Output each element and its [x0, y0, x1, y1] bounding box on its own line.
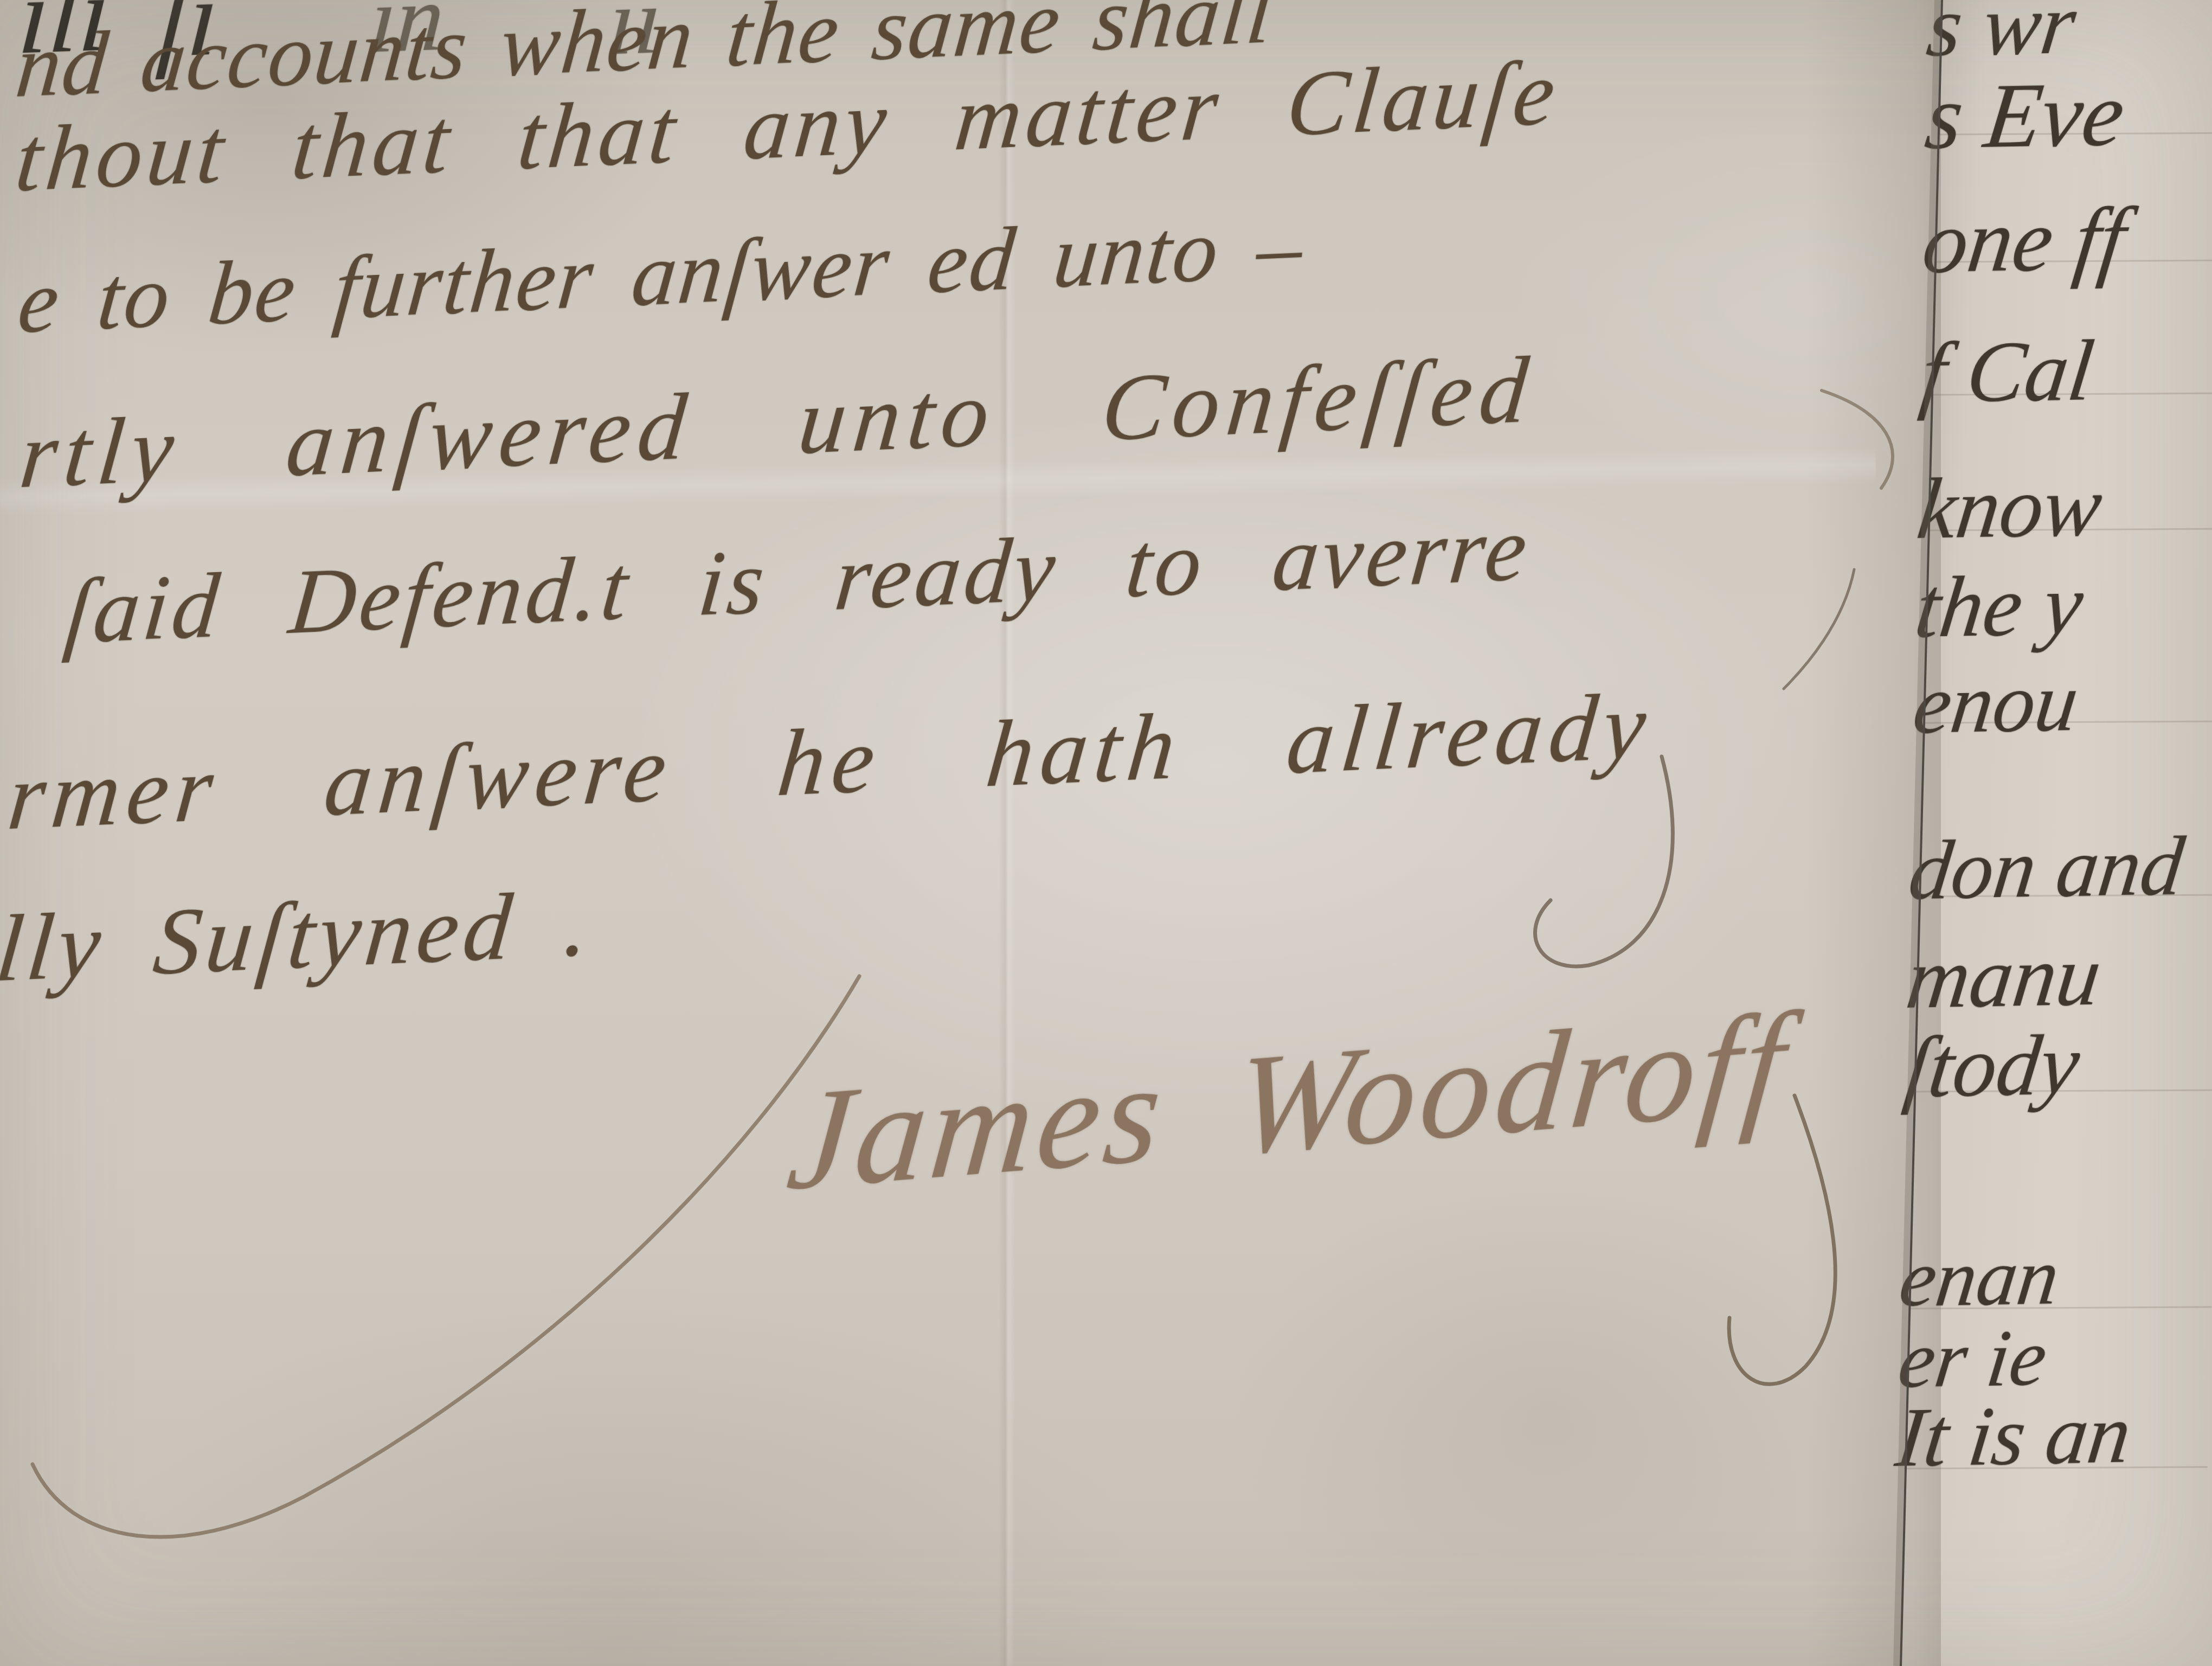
right-column-fragment: enou [1908, 653, 2084, 754]
descender-loop [1535, 757, 1673, 966]
right-column-fragment: s Eve [1920, 61, 2130, 170]
right-column-fragment: know [1912, 456, 2107, 559]
manuscript-line: lly Suſtyned . [0, 868, 599, 1003]
right-column-fragment: don and [1904, 817, 2189, 919]
right-column-fragment: It is an [1891, 1385, 2137, 1486]
manuscript-line: rmer anſwere he hath allready [4, 670, 1657, 851]
manuscript-line: ſaid Defend.t is ready to averre [60, 495, 1535, 665]
manuscript-photo: { "left_page": { "edge_fragments": ["ılı… [0, 0, 2212, 1666]
right-column-fragment: ſtody [1899, 1014, 2085, 1118]
right-column-fragment: manu [1901, 925, 2106, 1029]
signature: James Woodroff [781, 980, 1796, 1223]
manuscript-line: e to be further anſwer ed unto – [14, 195, 1309, 354]
right-column-fragment: the y [1910, 555, 2088, 658]
right-column-fragment: one ff [1918, 188, 2131, 294]
right-column-fragment: f Cal [1915, 320, 2099, 424]
signature-flourish [33, 976, 859, 1537]
